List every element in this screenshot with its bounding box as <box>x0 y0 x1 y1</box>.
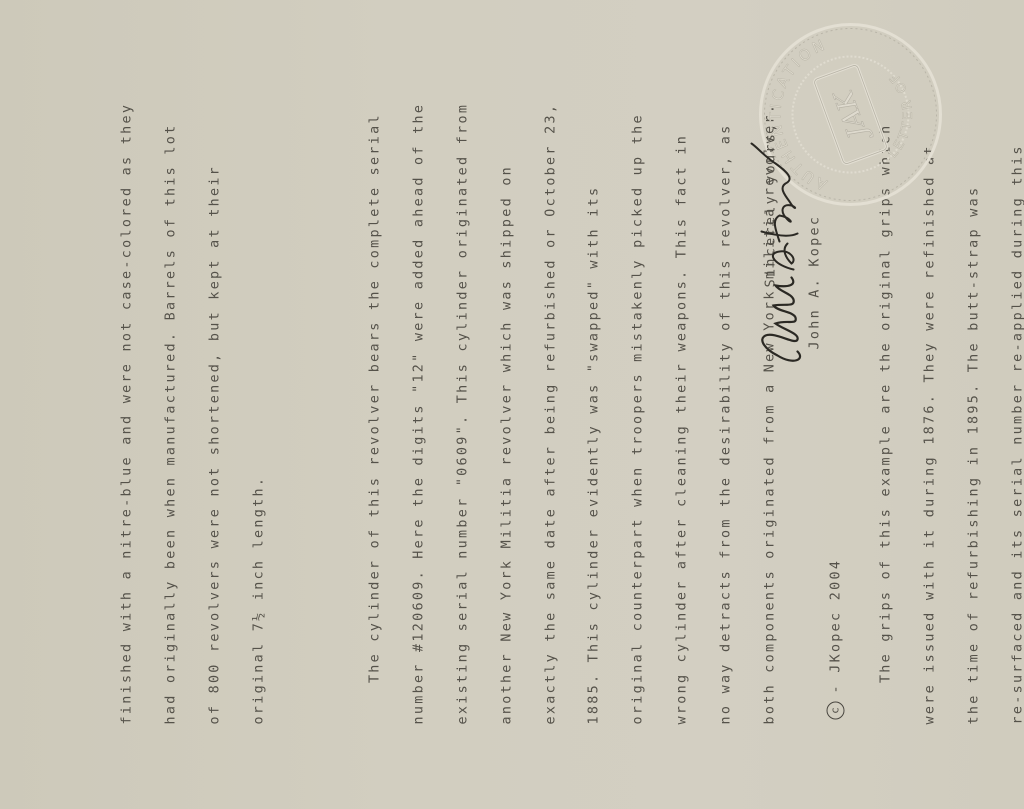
handwritten-signature-icon <box>735 139 815 369</box>
text-line: finished with a nitre-blue and were not … <box>120 24 135 724</box>
text-line: number #120609. Here the digits "12" wer… <box>412 24 427 724</box>
text-line: another New York Militia revolver which … <box>500 24 515 724</box>
text-line: re-surfaced and its serial number re-app… <box>1011 24 1024 724</box>
text-line: had originally been when manufactured. B… <box>164 24 179 724</box>
svg-text:LETTER OF: LETTER OF <box>885 67 915 160</box>
copyright-text: - JKopec 2004 <box>828 558 843 693</box>
text-line: no way detracts from the desirability of… <box>719 24 734 724</box>
text-line: exactly the same date after being refurb… <box>544 24 559 724</box>
copyright-notice: c - JKopec 2004 <box>826 558 844 719</box>
text-line: original 7½ inch length. <box>252 24 267 724</box>
scanned-document: finished with a nitre-blue and were not … <box>0 0 1024 809</box>
text-line: the time of refurbishing in 1895. The bu… <box>967 24 982 724</box>
text-line: The cylinder of this revolver bears the … <box>368 24 383 724</box>
seal-bottom-text: LETTER OF <box>885 67 915 160</box>
copyright-icon: c <box>826 701 844 719</box>
text-line: of 800 revolvers were not shortened, but… <box>208 24 223 724</box>
paragraph-cylinder: The cylinder of this revolver bears the … <box>339 24 806 724</box>
text-line: wrong cylinder after cleaning their weap… <box>675 24 690 724</box>
text-line: 1885. This cylinder evidently was "swapp… <box>587 24 602 724</box>
text-line: existing serial number "0609". This cyli… <box>456 24 471 724</box>
paragraph-finish: finished with a nitre-blue and were not … <box>91 24 295 724</box>
letter-page: finished with a nitre-blue and were not … <box>0 0 1024 809</box>
text-line: original counterpart when troopers mista… <box>631 24 646 724</box>
